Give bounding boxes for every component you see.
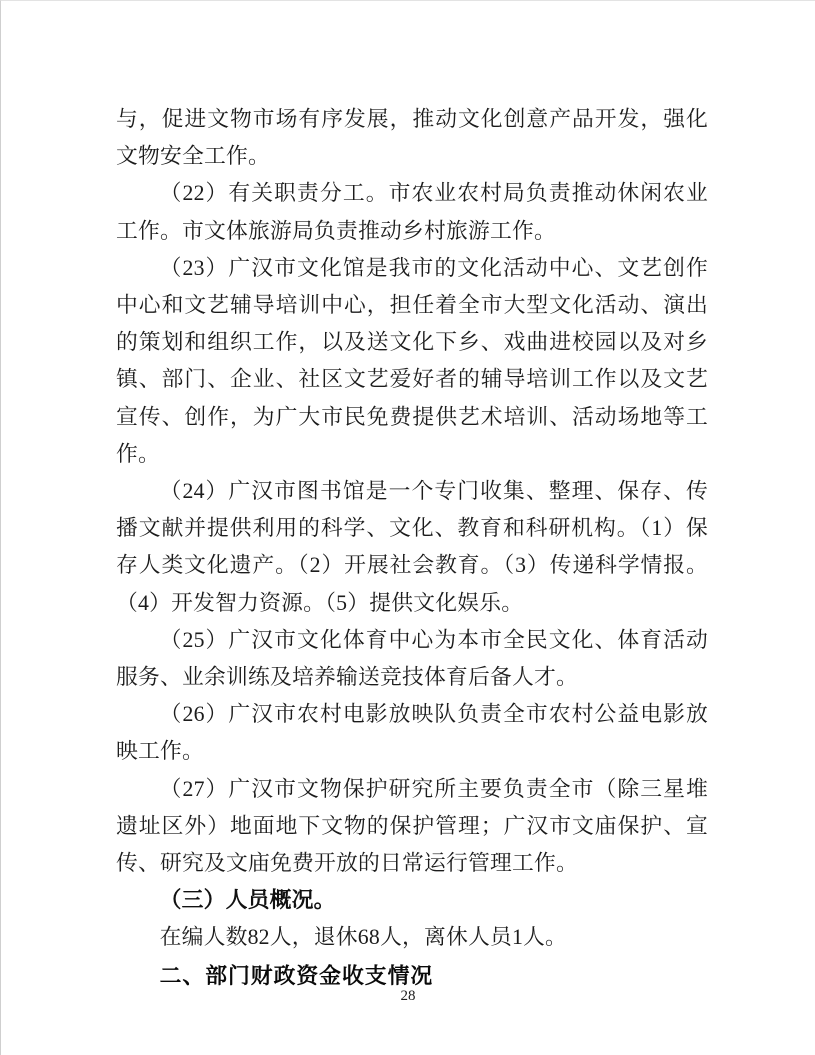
paragraph-item-27: （27）广汉市文物保护研究所主要负责全市（除三星堆遗址区外）地面地下文物的保护管… — [116, 771, 708, 883]
document-page: 与，促进文物市场有序发展，推动文化创意产品开发，强化文物安全工作。 （22）有关… — [0, 0, 815, 1055]
paragraph-personnel-counts: 在编人数82人，退休68人，离休人员1人。 — [116, 919, 708, 956]
paragraph-item-25: （25）广汉市文化体育中心为本市全民文化、体育活动服务、业余训练及培养输送竞技体… — [116, 622, 708, 696]
sub-heading-personnel-overview: （三）人员概况。 — [116, 882, 708, 919]
page-body: 与，促进文物市场有序发展，推动文化创意产品开发，强化文物安全工作。 （22）有关… — [116, 101, 708, 994]
paragraph-item-23: （23）广汉市文化馆是我市的文化活动中心、文艺创作中心和文艺辅导培训中心，担任着… — [116, 250, 708, 473]
paragraph-continuation: 与，促进文物市场有序发展，推动文化创意产品开发，强化文物安全工作。 — [116, 101, 708, 175]
paragraph-item-24: （24）广汉市图书馆是一个专门收集、整理、保存、传播文献并提供利用的科学、文化、… — [116, 473, 708, 622]
paragraph-item-22: （22）有关职责分工。市农业农村局负责推动休闲农业工作。市文体旅游局负责推动乡村… — [116, 175, 708, 249]
page-number: 28 — [1, 988, 815, 1005]
paragraph-item-26: （26）广汉市农村电影放映队负责全市农村公益电影放映工作。 — [116, 696, 708, 770]
